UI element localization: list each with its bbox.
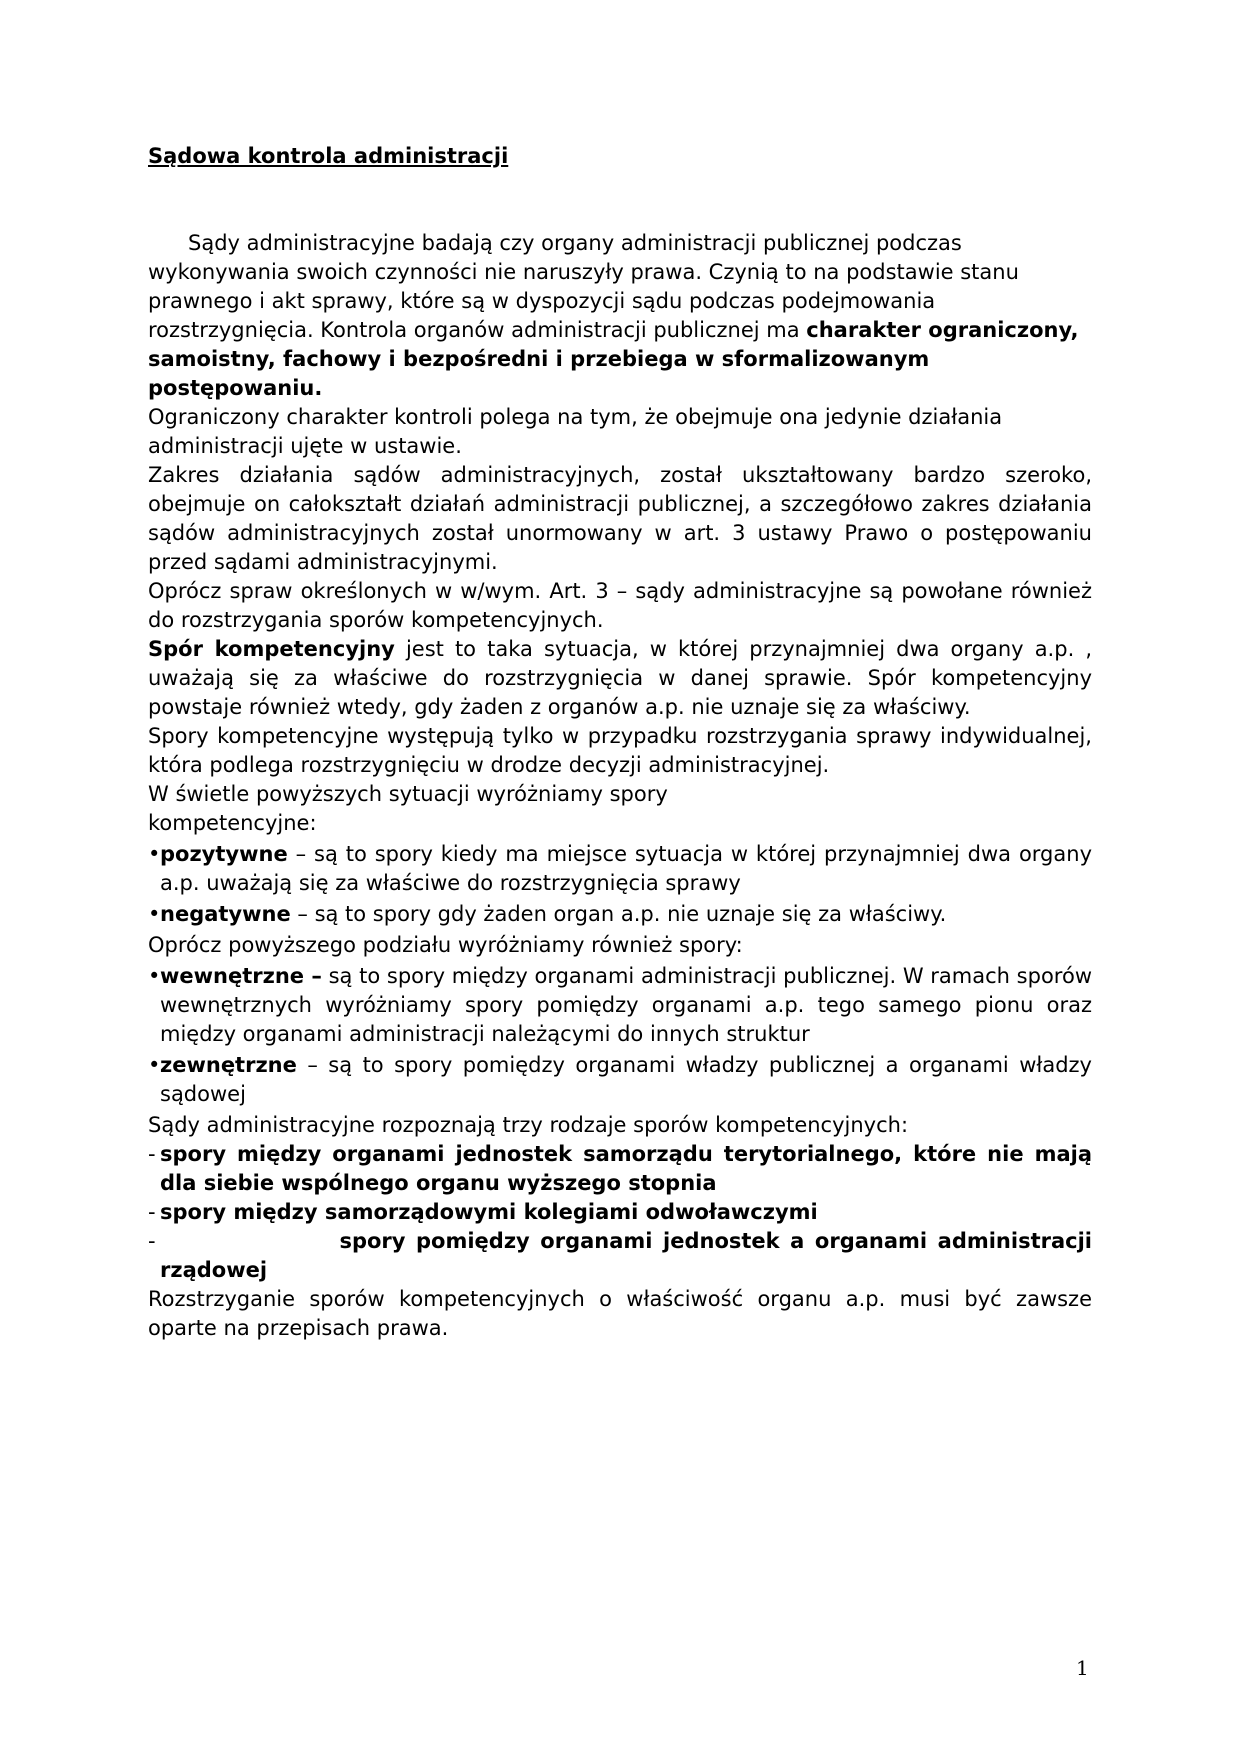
list-item: - spory pomiędzy organami jednostek a or… xyxy=(148,1227,1092,1285)
list-item-term: pozytywne xyxy=(160,842,288,866)
bullet-icon: • xyxy=(148,840,160,869)
dash-icon: - xyxy=(148,1198,156,1227)
list-three-types: -spory między organami jednostek samorzą… xyxy=(148,1140,1092,1285)
bullet-icon: • xyxy=(148,1051,160,1080)
list-item-desc: – są to spory kiedy ma miejsce sytuacja … xyxy=(160,842,1092,895)
list-item-text: spory między organami jednostek samorząd… xyxy=(160,1142,1092,1195)
list-item: •negatywne – są to spory gdy żaden organ… xyxy=(148,900,1092,929)
list-internal-external: •wewnętrzne – są to spory między organam… xyxy=(148,962,1092,1109)
list-item: -spory między samorządowymi kolegiami od… xyxy=(148,1198,1092,1227)
dash-icon: - xyxy=(148,1227,156,1256)
list-item-text: spory pomiędzy organami jednostek a orga… xyxy=(160,1229,1092,1282)
list-positive-negative: •pozytywne – są to spory kiedy ma miejsc… xyxy=(148,840,1092,929)
paragraph-conclusion: Rozstrzyganie sporów kompetencyjnych o w… xyxy=(148,1285,1092,1343)
paragraph-dispute-types-intro: W świetle powyższych sytuacji wyróżniamy… xyxy=(148,780,708,838)
document-title: Sądowa kontrola administracji xyxy=(148,142,1092,171)
document-page: Sądowa kontrola administracji Sądy admin… xyxy=(148,142,1092,1343)
paragraph-other-division: Oprócz powyższego podziału wyróżniamy ró… xyxy=(148,931,1092,960)
list-item-term: negatywne xyxy=(160,902,291,926)
list-item: •pozytywne – są to spory kiedy ma miejsc… xyxy=(148,840,1092,898)
bullet-icon: • xyxy=(148,900,160,929)
paragraph-dispute-occurrence: Spory kompetencyjne występują tylko w pr… xyxy=(148,722,1092,780)
list-item-desc: – są to spory gdy żaden organ a.p. nie u… xyxy=(291,902,947,926)
paragraph-dispute-definition: Spór kompetencyjny jest to taka sytuacja… xyxy=(148,635,1092,722)
bullet-icon: • xyxy=(148,962,160,991)
list-item-desc: – są to spory pomiędzy organami władzy p… xyxy=(160,1053,1092,1106)
list-item-term: zewnętrzne xyxy=(160,1053,297,1077)
page-number: 1 xyxy=(1076,1656,1089,1680)
dash-icon: - xyxy=(148,1140,156,1169)
paragraph-three-types: Sądy administracyjne rozpoznają trzy rod… xyxy=(148,1111,1092,1140)
paragraph-limited-character: Ograniczony charakter kontroli polega na… xyxy=(148,403,1092,461)
paragraph-other-cases: Oprócz spraw określonych w w/wym. Art. 3… xyxy=(148,577,1092,635)
paragraph-intro: Sądy administracyjne badają czy organy a… xyxy=(148,229,1092,403)
list-item: •wewnętrzne – są to spory między organam… xyxy=(148,962,1092,1049)
list-item-term: wewnętrzne – xyxy=(160,964,322,988)
list-item: -spory między organami jednostek samorzą… xyxy=(148,1140,1092,1198)
list-item: •zewnętrzne – są to spory pomiędzy organ… xyxy=(148,1051,1092,1109)
paragraph-scope: Zakres działania sądów administracyjnych… xyxy=(148,461,1092,577)
dispute-term: Spór kompetencyjny xyxy=(148,637,395,661)
list-item-text: spory między samorządowymi kolegiami odw… xyxy=(160,1200,818,1224)
